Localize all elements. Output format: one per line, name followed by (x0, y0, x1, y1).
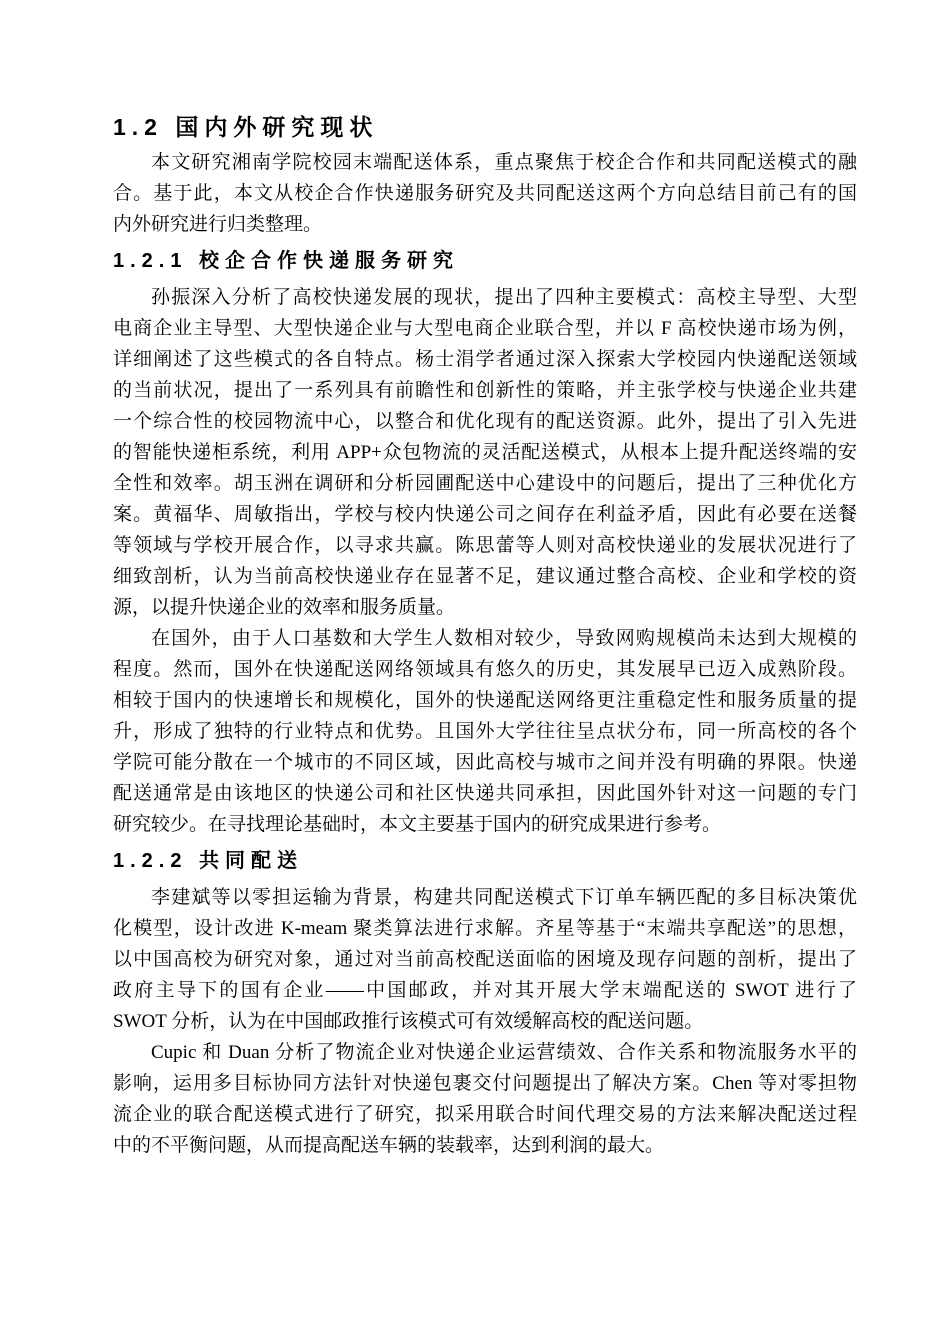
text-line: 本文研究湘南学院校园末端配送体系，重点聚焦于校企合作和共同配送模式的融 (113, 147, 857, 178)
text-line: 影响，运用多目标协同方法针对快递包裹交付问题提出了解决方案。Chen 等对零担物 (113, 1068, 857, 1099)
text-line: 源，以提升快递企业的效率和服务质量。 (113, 592, 857, 623)
text-line: 的当前状况，提出了一系列具有前瞻性和创新性的策略，并主张学校与快递企业共建 (113, 375, 857, 406)
text-line: 全性和效率。胡玉洲在调研和分析园圃配送中心建设中的问题后，提出了三种优化方 (113, 468, 857, 499)
text-line: 中的不平衡问题，从而提高配送车辆的装载率，达到利润的最大。 (113, 1130, 857, 1161)
text-line: Cupic 和 Duan 分析了物流企业对快递企业运营绩效、合作关系和物流服务水… (113, 1037, 857, 1068)
text-line: 相较于国内的快速增长和规模化，国外的快递配送网络更注重稳定性和服务质量的提 (113, 685, 857, 716)
text-line: 电商企业主导型、大型快递企业与大型电商企业联合型，并以 F 高校快递市场为例， (113, 313, 857, 344)
text-line: 配送通常是由该地区的快递公司和社区快递共同承担，因此国外针对这一问题的专门 (113, 778, 857, 809)
subsection-heading-122: 1.2.2 共同配送 (113, 840, 857, 882)
text-line: 升，形成了独特的行业特点和优势。且国外大学往往呈点状分布，同一所高校的各个 (113, 716, 857, 747)
text-line: 细致剖析，认为当前高校快递业存在显著不足，建议通过整合高校、企业和学校的资 (113, 561, 857, 592)
text-line: 的智能快递柜系统，利用 APP+众包物流的灵活配送模式，从根本上提升配送终端的安 (113, 437, 857, 468)
text-line: 李建斌等以零担运输为背景，构建共同配送模式下订单车辆匹配的多目标决策优 (113, 882, 857, 913)
section-heading: 1.2 国内外研究现状 (113, 107, 857, 147)
text-line: 内外研究进行归类整理。 (113, 209, 857, 240)
intro-paragraph: 本文研究湘南学院校园末端配送体系，重点聚焦于校企合作和共同配送模式的融合。基于此… (113, 147, 857, 240)
text-line: 程度。然而，国外在快递配送网络领域具有悠久的历史，其发展早已迈入成熟阶段。 (113, 654, 857, 685)
joint-distribution-domestic-paragraph: 李建斌等以零担运输为背景，构建共同配送模式下订单车辆匹配的多目标决策优化模型，设… (113, 882, 857, 1037)
text-line: 学院可能分散在一个城市的不同区域，因此高校与城市之间并没有明确的界限。快递 (113, 747, 857, 778)
text-line: 详细阐述了这些模式的各自特点。杨士涓学者通过深入探索大学校园内快递配送领域 (113, 344, 857, 375)
text-line: 案。黄福华、周敏指出，学校与校内快递公司之间存在利益矛盾，因此有必要在送餐 (113, 499, 857, 530)
document-body: 1.2 国内外研究现状本文研究湘南学院校园末端配送体系，重点聚焦于校企合作和共同… (113, 107, 857, 1161)
text-line: 在国外，由于人口基数和大学生人数相对较少，导致网购规模尚未达到大规模的 (113, 623, 857, 654)
domestic-research-paragraph: 孙振深入分析了高校快递发展的现状，提出了四种主要模式：高校主导型、大型电商企业主… (113, 282, 857, 623)
text-line: 研究较少。在寻找理论基础时，本文主要基于国内的研究成果进行参考。 (113, 809, 857, 840)
text-line: 等领域与学校开展合作，以寻求共赢。陈思蕾等人则对高校快递业的发展状况进行了 (113, 530, 857, 561)
joint-distribution-foreign-paragraph: Cupic 和 Duan 分析了物流企业对快递企业运营绩效、合作关系和物流服务水… (113, 1037, 857, 1161)
text-line: 以中国高校为研究对象，通过对当前高校配送面临的困境及现存问题的剖析，提出了 (113, 944, 857, 975)
text-line: 一个综合性的校园物流中心，以整合和优化现有的配送资源。此外，提出了引入先进 (113, 406, 857, 437)
text-line: 政府主导下的国有企业——中国邮政，并对其开展大学末端配送的 SWOT 进行了 (113, 975, 857, 1006)
text-line: 孙振深入分析了高校快递发展的现状，提出了四种主要模式：高校主导型、大型 (113, 282, 857, 313)
text-line: 合。基于此，本文从校企合作快递服务研究及共同配送这两个方向总结目前己有的国 (113, 178, 857, 209)
document-page: 1.2 国内外研究现状本文研究湘南学院校园末端配送体系，重点聚焦于校企合作和共同… (0, 0, 950, 1344)
text-line: 化模型，设计改进 K-meam 聚类算法进行求解。齐星等基于“末端共享配送”的思… (113, 913, 857, 944)
text-line: SWOT 分析，认为在中国邮政推行该模式可有效缓解高校的配送问题。 (113, 1006, 857, 1037)
subsection-heading-121: 1.2.1 校企合作快递服务研究 (113, 240, 857, 282)
text-line: 流企业的联合配送模式进行了研究，拟采用联合时间代理交易的方法来解决配送过程 (113, 1099, 857, 1130)
foreign-research-paragraph: 在国外，由于人口基数和大学生人数相对较少，导致网购规模尚未达到大规模的程度。然而… (113, 623, 857, 840)
